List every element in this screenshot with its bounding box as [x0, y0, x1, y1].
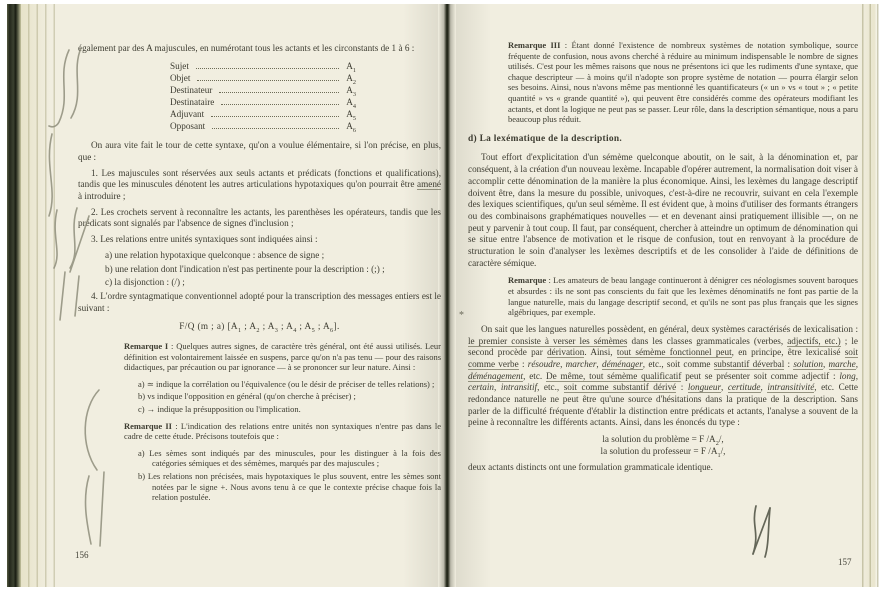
- dot-leader: [196, 60, 339, 69]
- actant-label: Objet: [170, 72, 190, 84]
- dot-leader: [221, 96, 339, 105]
- list-item-3c: c) la disjonction : (/) ;: [105, 277, 441, 289]
- remark-1: Remarque I : Quelques autres signes, de …: [124, 341, 441, 373]
- actant-symbol: A4: [346, 96, 356, 108]
- page-edges-left: [21, 4, 61, 587]
- book-spread: également par des A majuscules, en numér…: [7, 4, 882, 587]
- remark-3-text: : Étant donné l'existence de nombreux sy…: [508, 40, 858, 124]
- pen-mark: [753, 506, 756, 554]
- actant-symbol: A2: [346, 72, 356, 84]
- remark-2-label: Remarque II: [124, 421, 172, 431]
- actant-row: Sujet A1: [170, 60, 356, 72]
- remark-3-label: Remarque III: [508, 40, 560, 50]
- list-item-3a: a) une relation hypotaxique quelconque :…: [105, 250, 441, 262]
- paragraph-conclusion: deux actants distincts ont une formulati…: [468, 462, 858, 474]
- dot-leader: [212, 120, 339, 129]
- remark-1-label: Remarque I: [124, 341, 168, 351]
- paragraph-tour: On aura vite fait le tour de cette synta…: [78, 140, 441, 163]
- remark-4: Remarque : Les amateurs de beau langage …: [508, 275, 858, 317]
- actant-label: Sujet: [170, 60, 189, 72]
- actant-row: Objet A2: [170, 72, 356, 84]
- list-item-2: 2. Les crochets servent à reconnaître le…: [78, 207, 441, 230]
- paragraph-intro: également par des A majuscules, en numér…: [78, 43, 441, 55]
- syntagmatic-formula: F/Q (m ; a) [A1 ; A2 ; A3 ; A4 ; A5 ; A6…: [78, 321, 441, 333]
- remark-1-text: : Quelques autres signes, de caractère t…: [124, 341, 441, 372]
- paragraph-langues: On sait que les langues naturelles possè…: [468, 324, 858, 429]
- book-edge-left: [7, 4, 21, 587]
- actant-row: Destinataire A4: [170, 96, 356, 108]
- page-number-right: 157: [838, 557, 852, 567]
- actant-label: Opposant: [170, 120, 205, 132]
- actant-row: Opposant A6: [170, 120, 356, 132]
- equation-2: la solution du professeur = F /A1/,: [468, 446, 858, 458]
- remark-2-item-b: b) Les relations non précisées, mais hyp…: [138, 471, 441, 503]
- page-edges-right: [856, 4, 882, 587]
- remark-1-item-b: b) vs indique l'opposition en général (q…: [138, 391, 441, 402]
- actant-label: Destinateur: [170, 84, 212, 96]
- actant-list: Sujet A1 Objet A2 Destinateur A3 Destina…: [170, 60, 356, 133]
- remark-1-item-c: c) → indique la présupposition ou l'impl…: [138, 404, 441, 415]
- remark-3: Remarque III : Étant donné l'existence d…: [508, 40, 858, 125]
- dot-leader: [211, 108, 339, 117]
- section-heading: d) La lexématique de la description.: [468, 134, 858, 146]
- book-scan: également par des A majuscules, en numér…: [0, 0, 891, 591]
- remark-1-item-a: a) ≃ indique la corrélation ou l'équival…: [138, 379, 441, 390]
- list-item-1: 1. Les majuscules sont réservées aux seu…: [78, 168, 441, 203]
- actant-row: Destinateur A3: [170, 84, 356, 96]
- list-item-3b: b) une relation dont l'indication n'est …: [105, 264, 441, 276]
- page-left-content: également par des A majuscules, en numér…: [78, 43, 441, 505]
- pen-mark: [765, 508, 770, 557]
- equation-1: la solution du problème = F /A2/,: [468, 434, 858, 446]
- remark-4-text: : Les amateurs de beau langage continuer…: [508, 275, 858, 317]
- list-item-4: 4. L'ordre syntagmatique conventionnel a…: [78, 291, 441, 314]
- actant-label: Destinataire: [170, 96, 214, 108]
- actant-symbol: A1: [346, 60, 356, 72]
- remark-2: Remarque II : L'indication des relations…: [124, 421, 441, 442]
- actant-row: Adjuvant A5: [170, 108, 356, 120]
- actant-symbol: A6: [346, 120, 356, 132]
- remark-2-text: : L'indication des relations entre unité…: [124, 421, 441, 442]
- dot-leader: [197, 72, 339, 81]
- page-number-left: 156: [75, 550, 89, 560]
- actant-label: Adjuvant: [170, 108, 204, 120]
- page-right-content: Remarque III : Étant donné l'existence d…: [468, 40, 858, 478]
- example-equations: la solution du problème = F /A2/, la sol…: [468, 434, 858, 457]
- remark-4-label: Remarque: [508, 275, 546, 285]
- paragraph-effort: Tout effort d'explicitation d'un sémème …: [468, 152, 858, 269]
- actant-symbol: A3: [346, 84, 356, 96]
- remark-2-item-a: a) Les sèmes sont indiqués par des minus…: [138, 448, 441, 469]
- dot-leader: [219, 84, 339, 93]
- margin-asterisk: *: [459, 310, 464, 321]
- pencil-mark: [70, 208, 77, 268]
- list-item-3: 3. Les relations entre unités syntaxique…: [78, 234, 441, 246]
- actant-symbol: A5: [346, 108, 356, 120]
- pen-mark: [753, 508, 770, 554]
